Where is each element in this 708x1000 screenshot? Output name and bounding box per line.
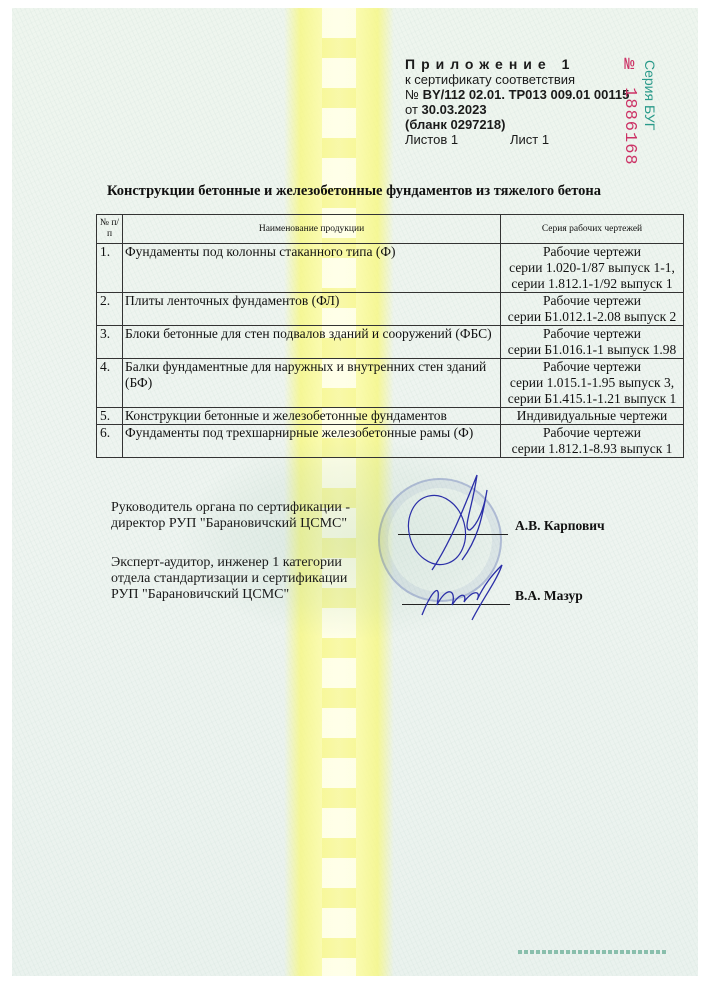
- row-number: 3.: [97, 326, 123, 359]
- signatory-1-name: А.В. Карпович: [515, 518, 605, 534]
- table-row: 5.Конструкции бетонные и железобетонные …: [97, 408, 684, 425]
- drawing-series-line: Рабочие чертежи: [503, 359, 681, 375]
- printer-imprint: [518, 950, 668, 954]
- drawing-series-line: серии 1.812.1-8.93 выпуск 1: [503, 441, 681, 457]
- table-body: 1.Фундаменты под колонны стаканного типа…: [97, 244, 684, 458]
- table-row: 1.Фундаменты под колонны стаканного типа…: [97, 244, 684, 293]
- drawing-series-line: серии Б1.016.1-1 выпуск 1.98: [503, 342, 681, 358]
- drawing-series: Индивидуальные чертежи: [501, 408, 684, 425]
- table-header-row: № п/п Наименование продукции Серия рабоч…: [97, 215, 684, 244]
- drawing-series: Рабочие чертежисерии 1.812.1-8.93 выпуск…: [501, 425, 684, 458]
- drawing-series-line: Индивидуальные чертежи: [503, 408, 681, 424]
- certificate-date: от 30.03.2023: [405, 102, 629, 117]
- series-label: Серия БУГ: [642, 60, 658, 130]
- row-number: 6.: [97, 425, 123, 458]
- serial-number: № 1886168: [620, 56, 639, 166]
- drawing-series-line: серии Б1.415.1-1.21 выпуск 1: [503, 391, 681, 407]
- drawing-series-line: Рабочие чертежи: [503, 326, 681, 342]
- signatory-2-role-line: Эксперт-аудитор, инженер 1 категории: [111, 555, 347, 571]
- header-series: Серия рабочих чертежей: [501, 215, 684, 244]
- drawing-series-line: Рабочие чертежи: [503, 244, 681, 260]
- drawing-series-line: серии 1.015.1-1.95 выпуск 3,: [503, 375, 681, 391]
- certificate-number: № BY/112 02.01. ТР013 009.01 00115: [405, 87, 629, 102]
- document-heading: Конструкции бетонные и железобетонные фу…: [0, 183, 708, 200]
- row-number: 1.: [97, 244, 123, 293]
- drawing-series-line: серии 1.020-1/87 выпуск 1-1,: [503, 260, 681, 276]
- product-name: Фундаменты под колонны стаканного типа (…: [123, 244, 501, 293]
- signatory-2-name: В.А. Мазур: [515, 588, 583, 604]
- products-table: № п/п Наименование продукции Серия рабоч…: [96, 214, 684, 458]
- document-content: Приложение 1 к сертификату соответствия …: [0, 0, 708, 1000]
- signatory-2-role: Эксперт-аудитор, инженер 1 категории отд…: [111, 555, 347, 603]
- signatory-2-role-line: отдела стандартизации и сертификации: [111, 571, 347, 587]
- header-num: № п/п: [97, 215, 123, 244]
- product-name: Плиты ленточных фундаментов (ФЛ): [123, 293, 501, 326]
- signatory-2-role-line: РУП "Барановичский ЦСМС": [111, 587, 347, 603]
- drawing-series: Рабочие чертежисерии Б1.016.1-1 выпуск 1…: [501, 326, 684, 359]
- blank-number: (бланк 0297218): [405, 117, 629, 132]
- cert-number-value: BY/112 02.01. ТР013 009.01 00115: [423, 87, 630, 102]
- blank-value: (бланк 0297218): [405, 117, 505, 132]
- table-row: 6.Фундаменты под трехшарнирные железобет…: [97, 425, 684, 458]
- table-row: 3.Блоки бетонные для стен подвалов здани…: [97, 326, 684, 359]
- drawing-series: Рабочие чертежисерии 1.015.1-1.95 выпуск…: [501, 359, 684, 408]
- signatory-1-role: Руководитель органа по сертификации - ди…: [111, 500, 350, 532]
- table-row: 2.Плиты ленточных фундаментов (ФЛ)Рабочи…: [97, 293, 684, 326]
- drawing-series-line: Рабочие чертежи: [503, 293, 681, 309]
- drawing-series-line: серии 1.812.1-1/92 выпуск 1: [503, 276, 681, 292]
- date-prefix: от: [405, 102, 422, 117]
- product-name: Фундаменты под трехшарнирные железобетон…: [123, 425, 501, 458]
- product-name: Блоки бетонные для стен подвалов зданий …: [123, 326, 501, 359]
- signatory-1-role-line: директор РУП "Барановичский ЦСМС": [111, 516, 350, 532]
- signature-2-icon: [412, 560, 522, 630]
- drawing-series-line: серии Б1.012.1-2.08 выпуск 2: [503, 309, 681, 325]
- row-number: 2.: [97, 293, 123, 326]
- appendix-subtitle: к сертификату соответствия: [405, 72, 629, 87]
- sheets-info: Листов 1 Лист 1: [405, 132, 629, 147]
- product-name: Балки фундаментные для наружных и внутре…: [123, 359, 501, 408]
- sheet-current: Лист 1: [510, 132, 549, 147]
- drawing-series: Рабочие чертежисерии Б1.012.1-2.08 выпус…: [501, 293, 684, 326]
- drawing-series: Рабочие чертежисерии 1.020-1/87 выпуск 1…: [501, 244, 684, 293]
- cert-prefix: №: [405, 87, 423, 102]
- drawing-series-line: Рабочие чертежи: [503, 425, 681, 441]
- product-name: Конструкции бетонные и железобетонные фу…: [123, 408, 501, 425]
- appendix-title: Приложение 1: [405, 57, 629, 72]
- sheets-total: Листов 1: [405, 132, 510, 147]
- row-number: 5.: [97, 408, 123, 425]
- row-number: 4.: [97, 359, 123, 408]
- date-value: 30.03.2023: [422, 102, 487, 117]
- table-row: 4.Балки фундаментные для наружных и внут…: [97, 359, 684, 408]
- appendix-block: Приложение 1 к сертификату соответствия …: [405, 57, 629, 147]
- signatory-1-role-line: Руководитель органа по сертификации -: [111, 500, 350, 516]
- header-name: Наименование продукции: [123, 215, 501, 244]
